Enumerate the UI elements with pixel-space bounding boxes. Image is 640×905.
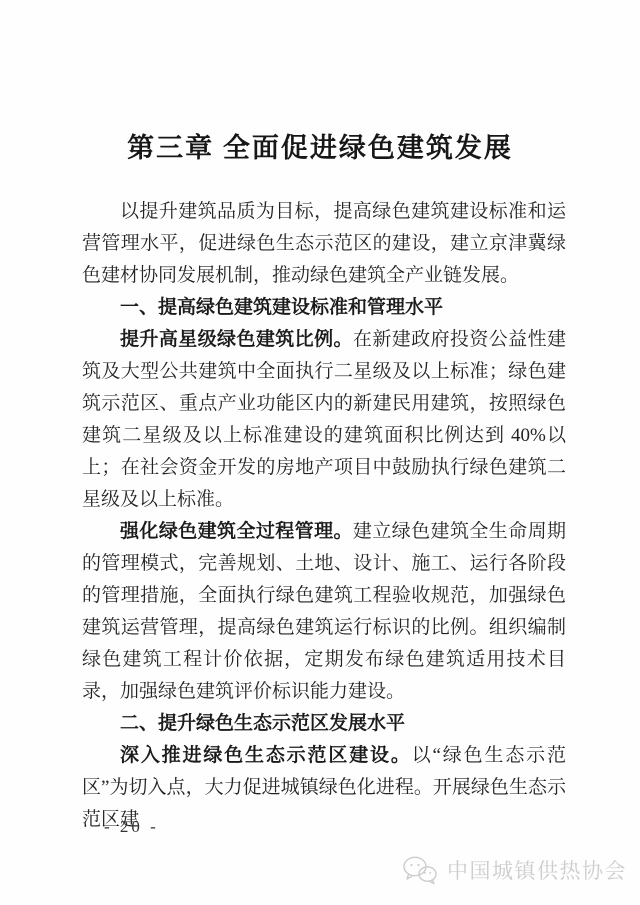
- document-body: 以提升建筑品质为目标，提高绿色建筑建设标准和运营管理水平，促进绿色生态示范区的建…: [82, 196, 566, 836]
- intro-paragraph: 以提升建筑品质为目标，提高绿色建筑建设标准和运营管理水平，促进绿色生态示范区的建…: [82, 196, 566, 292]
- page-number: - 20 -: [104, 817, 159, 837]
- paragraph-lead: 强化绿色建筑全过程管理。: [120, 521, 353, 542]
- section-1-paragraph-1: 提升高星级绿色建筑比例。在新建政府投资公益性建筑及大型公共建筑中全面执行二星级及…: [82, 324, 566, 516]
- paragraph-text: 在新建政府投资公益性建筑及大型公共建筑中全面执行二星级及以上标准；绿色建筑示范区…: [82, 329, 566, 510]
- watermark-text: 中国城镇供热协会: [447, 855, 627, 885]
- chapter-title: 第三章 全面促进绿色建筑发展: [0, 0, 640, 165]
- paragraph-lead: 提升高星级绿色建筑比例。: [120, 329, 353, 350]
- document-page: 第三章 全面促进绿色建筑发展 以提升建筑品质为目标，提高绿色建筑建设标准和运营管…: [0, 0, 640, 905]
- paragraph-text: 建立绿色建筑全生命周期的管理模式，完善规划、土地、设计、施工、运行各阶段的管理措…: [82, 521, 566, 702]
- watermark: 中国城镇供热协会: [402, 855, 627, 885]
- section-1-heading: 一、提高绿色建筑建设标准和管理水平: [82, 292, 566, 324]
- wechat-icon: [402, 855, 438, 885]
- section-1-paragraph-2: 强化绿色建筑全过程管理。建立绿色建筑全生命周期的管理模式，完善规划、土地、设计、…: [82, 516, 566, 708]
- section-2-heading: 二、提升绿色生态示范区发展水平: [82, 708, 566, 740]
- paragraph-lead: 深入推进绿色生态示范区建设。: [120, 745, 412, 766]
